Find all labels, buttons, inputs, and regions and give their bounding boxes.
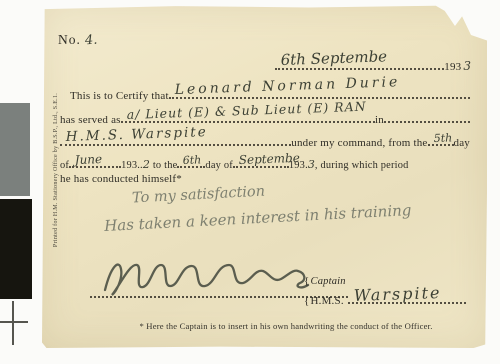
- rank-dotted-leader: a/ Lieut (E) & Sub Lieut (E) RAN: [121, 107, 375, 123]
- brace-glyph: {: [304, 295, 309, 307]
- registration-cross-icon: [0, 321, 28, 323]
- date-year-digit: 3: [463, 59, 471, 73]
- to-day-dotted-leader: 6th: [177, 152, 205, 168]
- calibration-gray-patch: [0, 103, 30, 196]
- from-month-value: June: [75, 152, 103, 167]
- period-label: , during which period: [315, 160, 409, 171]
- conducted-label: he has conducted himself*: [60, 173, 182, 185]
- captain-label: Captain: [310, 276, 345, 288]
- officer-name-value: Leonard Norman Durie: [174, 74, 400, 98]
- certificate-paper: Printed for H.M. Stationery Office by B.…: [42, 4, 487, 348]
- ship-dotted-leader: H.M.S. Warspite: [60, 130, 291, 146]
- registration-cross-icon: [12, 301, 14, 345]
- from-year-digit: 2: [143, 158, 150, 171]
- brace-glyph: {: [304, 275, 309, 287]
- served-as-label: has served as: [60, 114, 121, 126]
- command-label: under my command, from the: [291, 137, 427, 149]
- of-label: of: [60, 160, 69, 171]
- ship-name-value: Warspite: [353, 287, 441, 302]
- served-as-line: has served as a/ Lieut (E) & Sub Lieut (…: [60, 107, 470, 126]
- to-month-value: Septembe: [238, 150, 300, 166]
- scanner-background: Printed for H.M. Stationery Office by B.…: [0, 0, 500, 364]
- to-year-digit: 3: [308, 158, 315, 171]
- conduct-note-line1: To my satisfaction: [132, 184, 266, 207]
- conduct-note-line2: Has taken a keen interest in his trainin…: [104, 201, 412, 235]
- name-dotted-leader: Leonard Norman Durie: [169, 83, 470, 99]
- form-number-value: 4.: [84, 33, 97, 49]
- from-day-value: 5th: [433, 131, 452, 145]
- day-of-label: day of: [205, 160, 232, 171]
- certify-line: This is to Certify that Leonard Norman D…: [70, 83, 470, 102]
- hms-row: { H.M.S. Warspite: [304, 288, 466, 307]
- date-range-line: of June 193.. 2 to the 6th day of Septem…: [60, 152, 474, 171]
- conducted-line: he has conducted himself*: [60, 173, 182, 185]
- date-year-printed: 193: [444, 61, 461, 73]
- day-label: day: [454, 137, 470, 149]
- calibration-black-patch: [0, 199, 32, 299]
- rank-value: a/ Lieut (E) & Sub Lieut (E) RAN: [126, 98, 366, 121]
- from-day-dotted-leader: 5th: [428, 130, 454, 146]
- date-value: 6th Septembe: [280, 47, 387, 69]
- hms-label: H.M.S.: [310, 295, 343, 307]
- to-month-dotted-leader: Septembe: [233, 152, 289, 168]
- footnote: * Here the Captain is to insert in his o…: [90, 321, 482, 331]
- to-day-value: 6th: [183, 153, 202, 167]
- from-year-printed: 193..: [121, 160, 143, 171]
- form-number-label: No.: [58, 32, 81, 48]
- captain-block: { Captain { H.M.S. Warspite: [304, 275, 466, 307]
- in-dotted-leader: [384, 107, 470, 123]
- in-label: in: [375, 114, 384, 126]
- certify-label: This is to Certify that: [70, 90, 169, 102]
- ship-name-dotted-leader: Warspite: [348, 288, 466, 304]
- date-dotted-leader: 6th Septembe: [275, 54, 444, 70]
- ship-value: H.M.S. Warspite: [65, 124, 208, 145]
- from-month-dotted-leader: June: [69, 152, 121, 168]
- form-number-line: No. 4.: [58, 32, 97, 48]
- date-line: 6th Septembe 193 3: [275, 54, 471, 73]
- to-the-label: to the: [153, 160, 178, 171]
- ship-line: H.M.S. Warspite under my command, from t…: [60, 130, 470, 149]
